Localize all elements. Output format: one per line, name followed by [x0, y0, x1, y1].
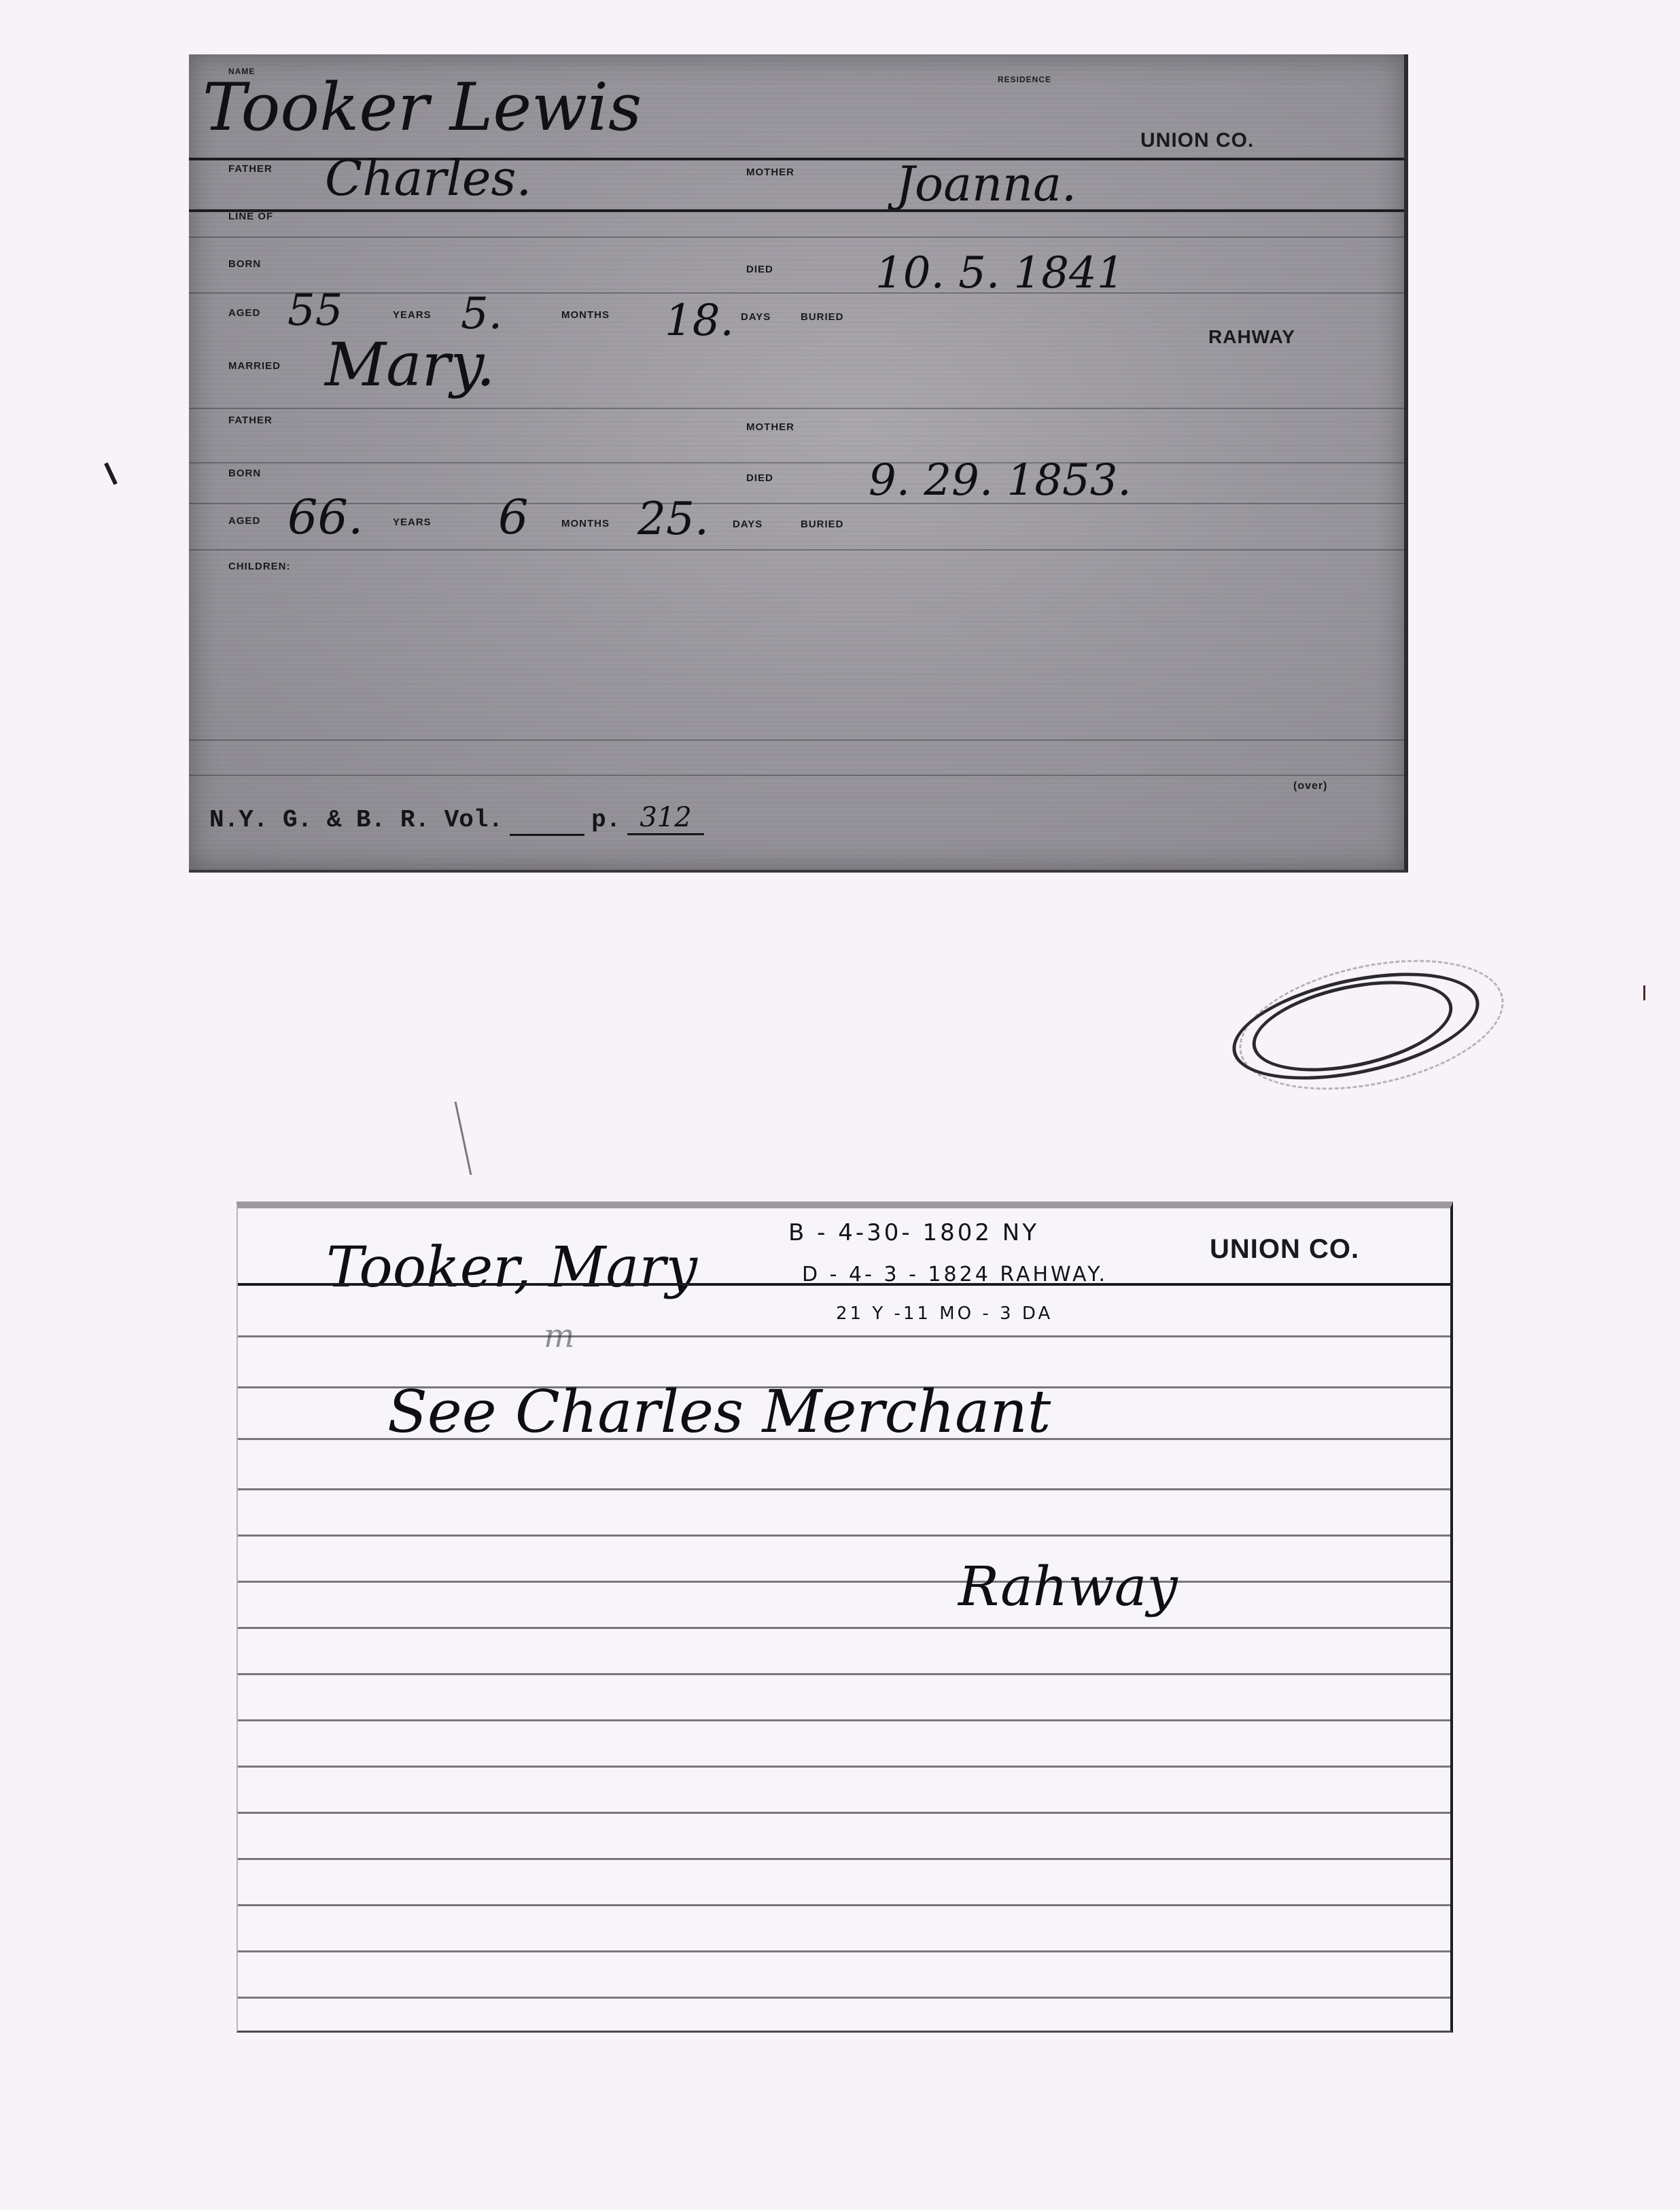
burial-place-stamp: RAHWAY [1208, 326, 1295, 348]
row-divider [189, 549, 1404, 550]
ruled-line [238, 1627, 1450, 1629]
label-aged: AGED [228, 307, 260, 319]
ruled-line [238, 1858, 1450, 1860]
ruled-line [238, 1904, 1450, 1906]
ruled-line [238, 1335, 1450, 1337]
spouse-aged-days-value: 25. [637, 493, 709, 545]
ruled-line [238, 1812, 1450, 1814]
label-spouse-years: YEARS [393, 516, 432, 528]
ruled-line [238, 1581, 1450, 1583]
label-spouse-days: DAYS [733, 519, 763, 530]
oval-doodle [1223, 965, 1509, 1087]
stray-mark [455, 1102, 472, 1175]
over-note: (over) [1293, 780, 1327, 792]
see-note: See Charles Merchant [387, 1378, 1051, 1446]
age-note: 21 Y -11 MO - 3 DA [836, 1303, 1053, 1324]
label-children: CHILDREN: [228, 561, 291, 572]
row-divider [189, 503, 1404, 504]
row-divider [189, 775, 1404, 776]
mother-value: Joanna. [896, 156, 1077, 212]
ruled-line [238, 1488, 1450, 1490]
record-card-lewis-tooker: NAME RESIDENCE Tooker Lewis UNION CO. FA… [189, 54, 1408, 873]
label-line-of: LINE OF [228, 211, 273, 222]
ruled-line [238, 1766, 1450, 1768]
row-divider [189, 739, 1404, 741]
label-father: FATHER [228, 163, 273, 175]
reference-text: N.Y. G. & B. R. Vol. [209, 806, 503, 834]
row-divider [189, 408, 1404, 409]
label-years: YEARS [393, 309, 432, 321]
ruled-line [238, 1719, 1450, 1721]
ruled-line [238, 1673, 1450, 1675]
name-value: Tooker, Mary [326, 1235, 697, 1300]
label-married: MARRIED [228, 360, 281, 372]
row-divider [189, 209, 1404, 212]
label-died: DIED [746, 264, 773, 275]
row-divider [189, 292, 1404, 294]
ruled-line [238, 1534, 1450, 1537]
stray-mark [104, 462, 118, 485]
page-number: 312 [627, 802, 703, 835]
born-note: B - 4-30- 1802 NY [788, 1219, 1039, 1246]
row-divider [189, 462, 1404, 463]
county-stamp: UNION CO. [1210, 1234, 1359, 1265]
married-value: Mary. [325, 330, 495, 400]
aged-years-value: 55 [287, 285, 343, 336]
spouse-aged-years-value: 66. [287, 489, 363, 545]
ruled-line [238, 1438, 1450, 1440]
father-value: Charles. [325, 150, 531, 207]
record-card-mary-tooker: Tooker, Mary B - 4-30- 1802 NY D - 4- 3 … [237, 1202, 1453, 2033]
label-spouse-died: DIED [746, 472, 773, 484]
label-spouse-buried: BURIED [801, 519, 844, 530]
row-divider [189, 236, 1404, 238]
page-prefix: p. [591, 806, 620, 834]
header-rule [238, 1283, 1450, 1286]
stray-mark [1643, 985, 1645, 1000]
aged-days-value: 18. [665, 296, 734, 346]
label-buried: BURIED [801, 311, 844, 323]
reference-footer: N.Y. G. & B. R. Vol. p. 312 [209, 802, 704, 836]
label-spouse-mother: MOTHER [746, 421, 794, 433]
label-spouse-father: FATHER [228, 415, 273, 426]
place-note: Rahway [958, 1555, 1178, 1618]
label-mother: MOTHER [746, 166, 794, 178]
label-spouse-aged: AGED [228, 515, 260, 527]
spouse-aged-months-value: 6 [498, 489, 529, 545]
county-stamp: UNION CO. [1140, 129, 1254, 152]
label-residence: RESIDENCE [998, 75, 1051, 84]
label-spouse-born: BORN [228, 468, 261, 479]
spouse-died-value: 9. 29. 1853. [869, 455, 1132, 506]
died-value: 10. 5. 1841 [875, 248, 1124, 298]
ruled-line [238, 1997, 1450, 1999]
label-born: BORN [228, 258, 261, 270]
label-spouse-months: MONTHS [561, 518, 610, 529]
label-days: DAYS [741, 311, 771, 323]
name-value: Tooker Lewis [203, 69, 642, 145]
label-months: MONTHS [561, 309, 610, 321]
ruled-line [238, 1950, 1450, 1952]
